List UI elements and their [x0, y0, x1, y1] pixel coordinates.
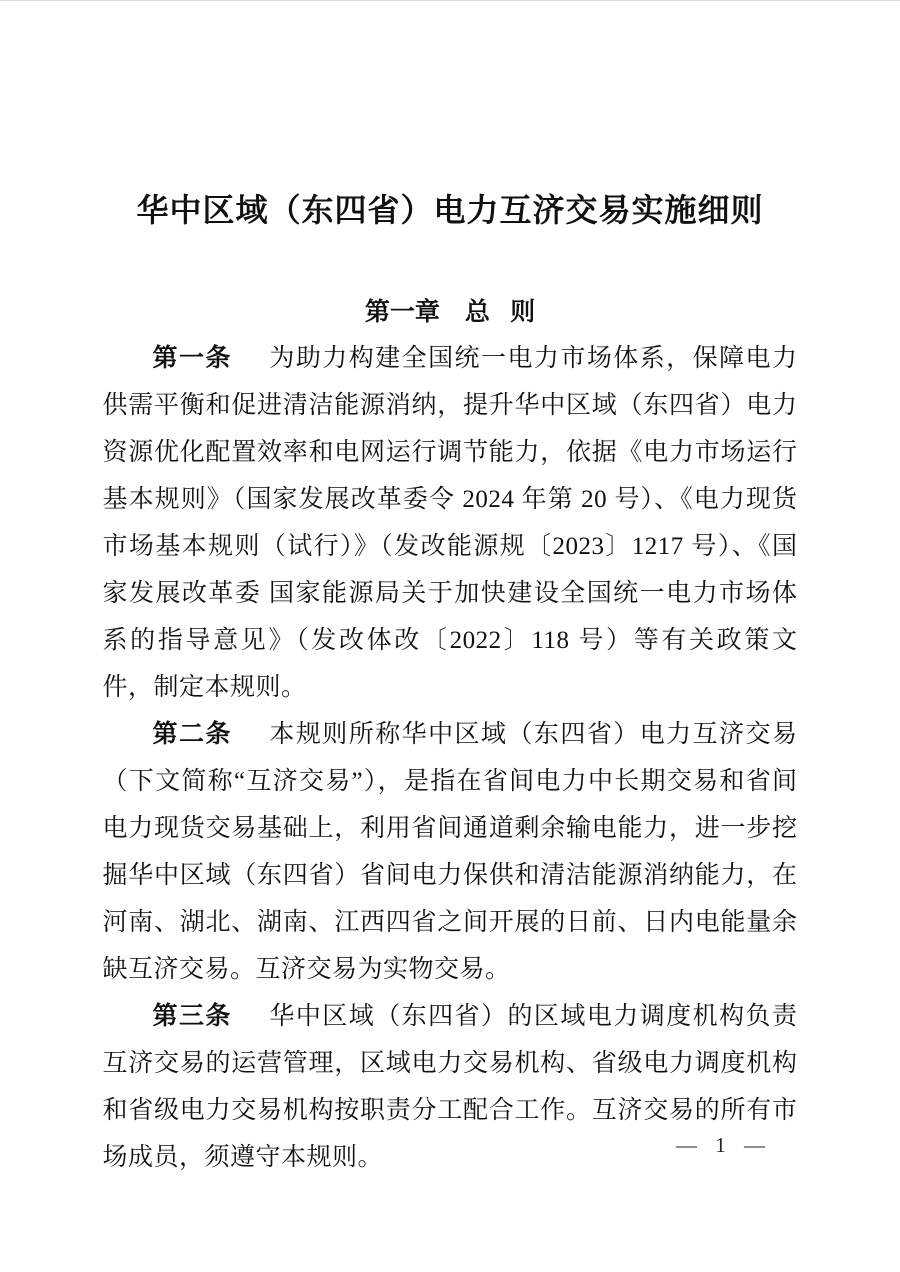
article-2-label: 第二条	[153, 721, 232, 748]
document-title: 华中区域（东四省）电力互济交易实施细则	[100, 188, 800, 232]
document-page: 华中区域（东四省）电力互济交易实施细则 第一章 总 则 第一条为助力构建全国统一…	[0, 0, 900, 1272]
page-number: — 1 —	[676, 1133, 767, 1157]
article-paragraph-1: 第一条为助力构建全国统一电力市场体系，保障电力供需平衡和促进清洁能源消纳，提升华…	[103, 335, 798, 711]
article-1-text: 为助力构建全国统一电力市场体系，保障电力供需平衡和促进清洁能源消纳，提升华中区域…	[103, 345, 798, 701]
chapter-heading: 第一章 总 则	[100, 296, 800, 330]
document-body: 第一条为助力构建全国统一电力市场体系，保障电力供需平衡和促进清洁能源消纳，提升华…	[103, 335, 798, 1181]
article-3-label: 第三条	[153, 1003, 232, 1030]
article-2-text: 本规则所称华中区域（东四省）电力互济交易（下文简称“互济交易”），是指在省间电力…	[103, 721, 798, 983]
article-paragraph-2: 第二条本规则所称华中区域（东四省）电力互济交易（下文简称“互济交易”），是指在省…	[103, 711, 798, 993]
article-1-label: 第一条	[153, 345, 232, 372]
